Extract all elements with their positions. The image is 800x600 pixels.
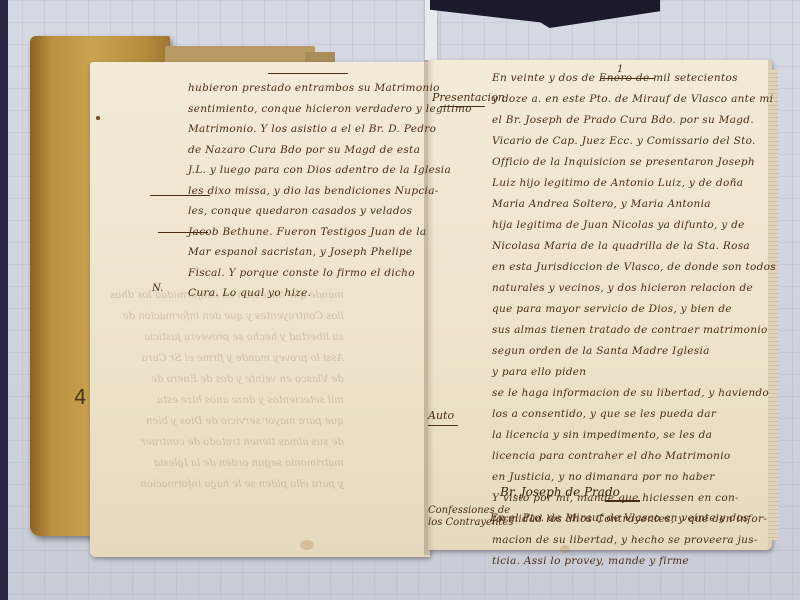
left-page-text: hubieron prestado entrambos su Matrimoni… bbox=[188, 78, 472, 304]
cover-number: 4 bbox=[74, 385, 87, 409]
dark-border bbox=[0, 0, 8, 600]
text-line: hubieron prestado entrambos su Matrimoni… bbox=[188, 78, 472, 99]
text-line: Nicolasa Maria de la quadrilla de la Sta… bbox=[450, 236, 776, 257]
text-line: les, conque quedaron casados y velados bbox=[188, 201, 472, 222]
text-line: Luiz hijo legitimo de Antonio Luiz, y de… bbox=[450, 173, 776, 194]
text-line: Vicario de Cap. Juez Ecc. y Comissario d… bbox=[450, 131, 776, 152]
text-line: se le haga informacion de su libertad, y… bbox=[450, 383, 776, 404]
flourish bbox=[428, 425, 458, 426]
text-line: Jacob Bethune. Fueron Testigos Juan de l… bbox=[188, 222, 472, 243]
text-line: los a consentido, y que se les pueda dar bbox=[450, 404, 776, 425]
text-line: Maria Andrea Soltero, y Maria Antonia bbox=[450, 194, 776, 215]
text-line: Fiscal. Y porque conste lo firmo el dich… bbox=[188, 263, 472, 284]
stain bbox=[300, 540, 314, 550]
text-line: macion de su libertad, y hecho se provee… bbox=[450, 530, 776, 551]
text-line: les dixo missa, y dio las bendiciones Nu… bbox=[188, 181, 472, 202]
signature-rubric bbox=[605, 500, 640, 502]
text-line: y para ello piden bbox=[450, 362, 776, 383]
text-line: hija legitima de Juan Nicolas ya difunto… bbox=[450, 215, 776, 236]
margin-note-auto: Auto bbox=[428, 410, 454, 422]
text-line: naturales y vecinos, y dos hicieron rela… bbox=[450, 278, 776, 299]
left-margin-mark: N. bbox=[152, 283, 163, 295]
text-line: Matrimonio. Y los asistio a el el Br. D.… bbox=[188, 119, 472, 140]
text-line: segun orden de la Santa Madre Iglesia bbox=[450, 341, 776, 362]
text-line: J.L. y luego para con Dios adentro de la… bbox=[188, 160, 472, 181]
text-line: licencia para contraher el dho Matrimoni… bbox=[450, 446, 776, 467]
flourish bbox=[150, 195, 210, 196]
text-line: en esta Jurisdiccion de Vlasco, de donde… bbox=[450, 257, 776, 278]
text-line: ticia. Assi lo provey, mande y firme bbox=[450, 551, 776, 572]
text-line: sentimiento, conque hicieron verdadero y… bbox=[188, 99, 472, 120]
text-line: el Br. Joseph de Prado Cura Bdo. por su … bbox=[450, 110, 776, 131]
text-line: Mar espanol sacristan, y Joseph Phelipe bbox=[188, 242, 472, 263]
text-line: la licencia y sin impedimento, se les da bbox=[450, 425, 776, 446]
last-line: En el Pto. de Mirauf de Vlasco en veinte… bbox=[490, 512, 749, 524]
text-line: que para mayor servicio de Dios, y bien … bbox=[450, 299, 776, 320]
text-line: Cura. Lo qual yo hize. bbox=[188, 283, 472, 304]
bleed-through-text: mande que hiciessen en conformidad los d… bbox=[110, 285, 344, 495]
flourish bbox=[158, 232, 208, 233]
flourish bbox=[268, 73, 348, 74]
text-line: sus almas tienen tratado de contraer mat… bbox=[450, 320, 776, 341]
signature: Br. Joseph de Prado bbox=[500, 485, 620, 499]
text-line: Officio de la Inquisicion se presentaron… bbox=[450, 152, 776, 173]
ink-dot bbox=[96, 116, 100, 120]
text-line: de Nazaro Cura Bdo por su Magd de esta bbox=[188, 140, 472, 161]
text-line: y doze a. en este Pto. de Mirauf de Vlas… bbox=[450, 89, 776, 110]
text-line: En veinte y dos de Enero de mil setecien… bbox=[450, 68, 776, 89]
